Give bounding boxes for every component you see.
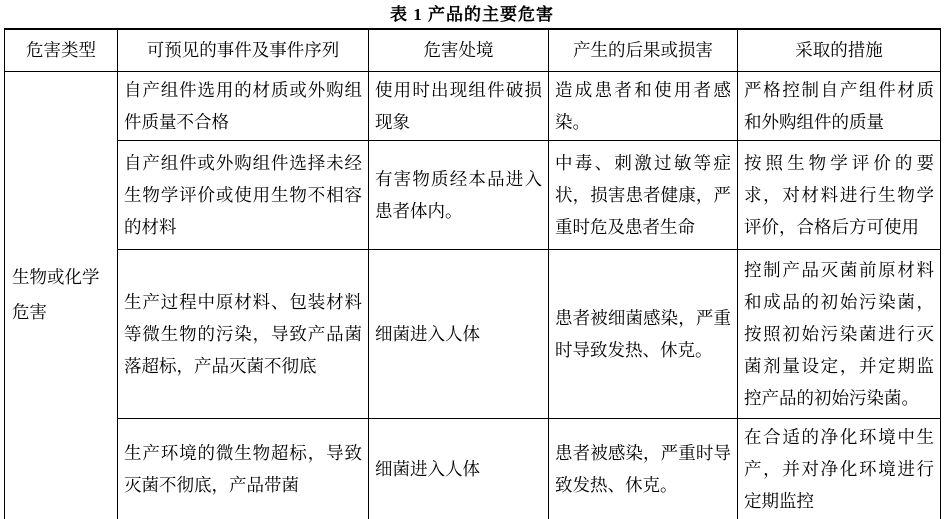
cell-event-row4: 生产环境的微生物超标，导致灭菌不彻底，产品带菌 xyxy=(118,418,369,519)
table-title: 表 1 产品的主要危害 xyxy=(4,2,940,28)
cell-situation-row1: 使用时出现组件破损现象 xyxy=(369,71,549,140)
column-header-consequence: 产生的后果或损害 xyxy=(549,29,738,71)
cell-event-row3: 生产过程中原材料、包装材料等微生物的污染，导致产品菌落超标，产品灭菌不彻底 xyxy=(118,249,369,418)
table-row: 自产组件或外购组件选择未经生物学评价或使用生物不相容的材料 有害物质经本品进入患… xyxy=(5,140,941,249)
column-header-foreseeable-events: 可预见的事件及事件序列 xyxy=(118,29,369,71)
column-header-hazard-type: 危害类型 xyxy=(5,29,118,71)
cell-situation-row3: 细菌进入人体 xyxy=(369,249,549,418)
cell-measure-row2: 按照生物学评价的要求，对材料进行生物学评价，合格后方可使用 xyxy=(738,140,941,249)
table-row: 生产过程中原材料、包装材料等微生物的污染，导致产品菌落超标，产品灭菌不彻底 细菌… xyxy=(5,249,941,418)
table-header-row: 危害类型 可预见的事件及事件序列 危害处境 产生的后果或损害 采取的措施 xyxy=(5,29,941,71)
cell-event-row2: 自产组件或外购组件选择未经生物学评价或使用生物不相容的材料 xyxy=(118,140,369,249)
cell-measure-row1: 严格控制自产组件材质和外购组件的质量 xyxy=(738,71,941,140)
document-page: 表 1 产品的主要危害 危害类型 可预见的事件及事件序列 危害处境 产生的后果或… xyxy=(0,0,944,519)
cell-measure-row4: 在合适的净化环境中生产，并对净化环境进行定期监控 xyxy=(738,418,941,519)
table-row: 生产环境的微生物超标，导致灭菌不彻底，产品带菌 细菌进入人体 患者被感染，严重时… xyxy=(5,418,941,519)
cell-consequence-row1: 造成患者和使用者感染。 xyxy=(549,71,738,140)
cell-situation-row2: 有害物质经本品进入患者体内。 xyxy=(369,140,549,249)
cell-situation-row4: 细菌进入人体 xyxy=(369,418,549,519)
hazard-table: 危害类型 可预见的事件及事件序列 危害处境 产生的后果或损害 采取的措施 生物或… xyxy=(4,28,941,519)
cell-event-row1: 自产组件选用的材质或外购组件质量不合格 xyxy=(118,71,369,140)
cell-consequence-row2: 中毒、刺激过敏等症状，损害患者健康，严重时危及患者生命 xyxy=(549,140,738,249)
cell-consequence-row3: 患者被细菌感染，严重时导致发热、休克。 xyxy=(549,249,738,418)
table-row: 生物或化学危害 自产组件选用的材质或外购组件质量不合格 使用时出现组件破损现象 … xyxy=(5,71,941,140)
hazard-type-merged-cell: 生物或化学危害 xyxy=(5,71,118,519)
column-header-measures: 采取的措施 xyxy=(738,29,941,71)
column-header-hazard-situation: 危害处境 xyxy=(369,29,549,71)
cell-measure-row3: 控制产品灭菌前原材料和成品的初始污染菌，按照初始污染菌进行灭菌剂量设定，并定期监… xyxy=(738,249,941,418)
cell-consequence-row4: 患者被感染，严重时导致发热、休克。 xyxy=(549,418,738,519)
